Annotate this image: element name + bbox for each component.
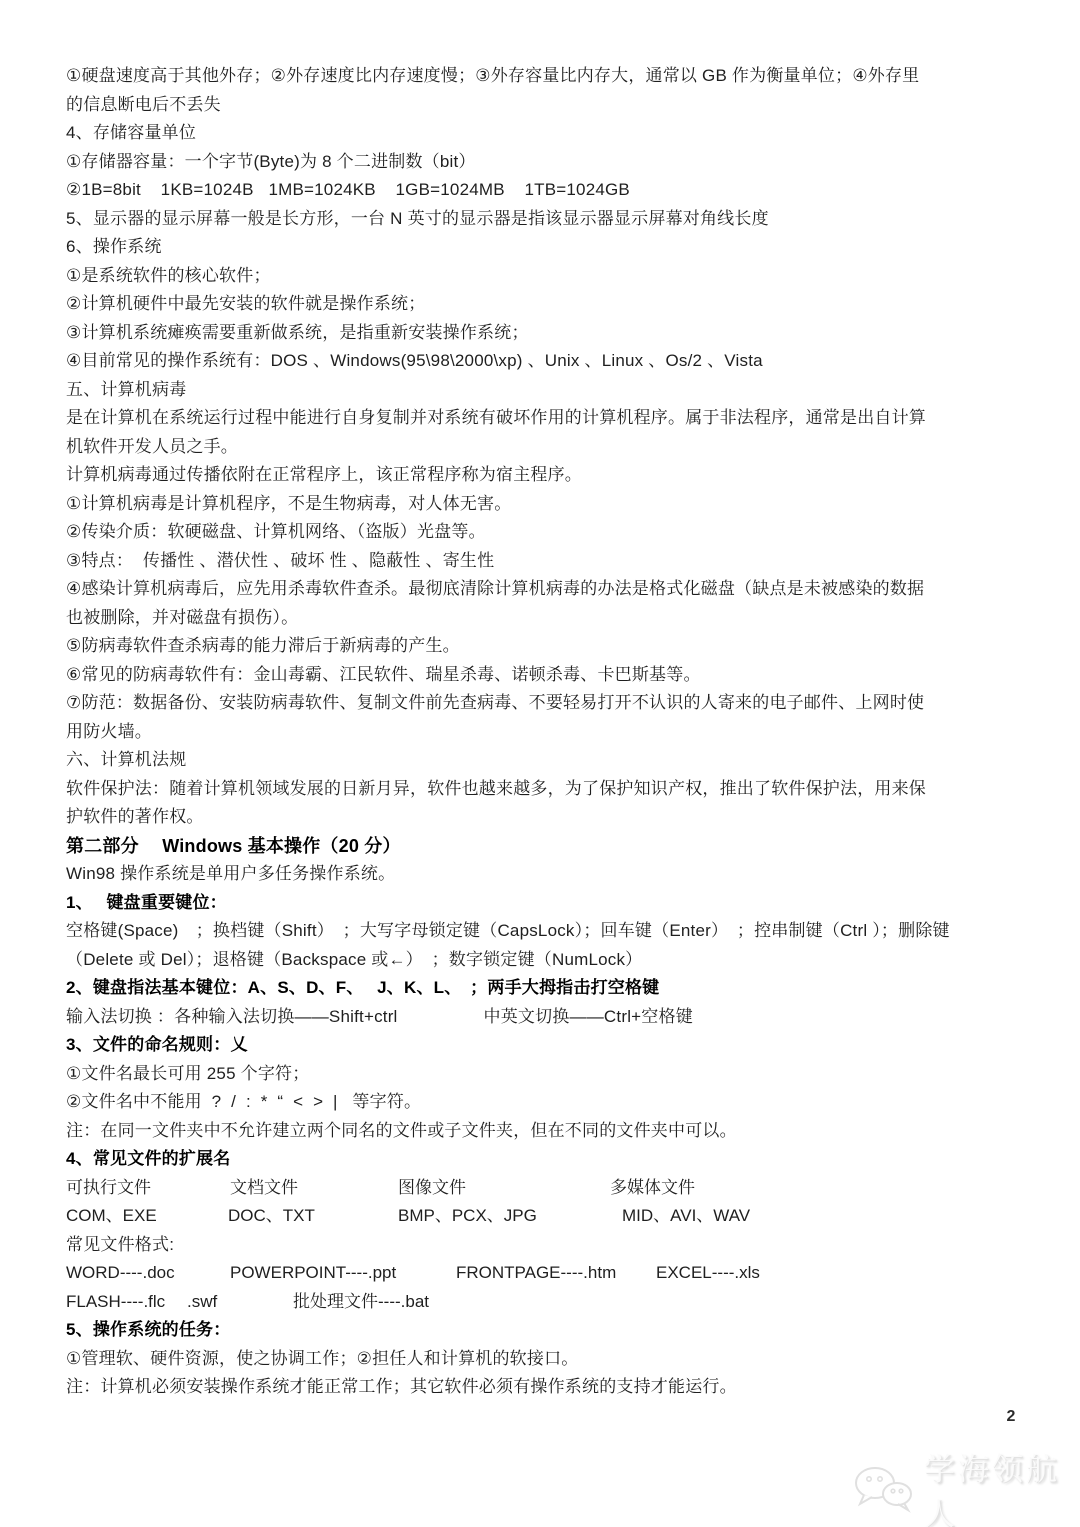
text-line: 注：在同一文件夹中不允许建立两个同名的文件或子文件夹，但在不同的文件夹中可以。 <box>66 1117 1024 1146</box>
text-line: ①硬盘速度高于其他外存；②外存速度比内存速度慢；③外存容量比内存大，通常以 GB… <box>66 62 1024 91</box>
heading-part2-windows: 第二部分 Windows 基本操作（20 分） <box>66 832 1024 861</box>
text-line: Win98 操作系统是单用户多任务操作系统。 <box>66 860 1024 889</box>
text-line: 输入法切换 ：各种输入法切换——Shift+ctrl 中英文切换——Ctrl+空… <box>66 1003 1024 1032</box>
heading-os-tasks: 5、操作系统的任务： <box>66 1316 1024 1345</box>
text-line: ②计算机硬件中最先安装的软件就是操作系统； <box>66 290 1024 319</box>
text-line: ③计算机系统瘫痪需要重新做系统，是指重新安装操作系统； <box>66 319 1024 348</box>
format-cell: EXCEL----.xls <box>656 1259 760 1288</box>
text-line: 的信息断电后不丢失 <box>66 91 1024 120</box>
text-line: 5、显示器的显示屏幕一般是长方形，一台 N 英寸的显示器是指该显示器显示屏幕对角… <box>66 205 1024 234</box>
ext-value-cell: BMP、PCX、JPG <box>398 1202 622 1231</box>
ext-value-cell: MID、AVI、WAV <box>622 1202 750 1231</box>
format-cell: POWERPOINT----.ppt <box>230 1259 456 1288</box>
heading-file-extensions: 4、常见文件的扩展名 <box>66 1145 1024 1174</box>
text-line: ①文件名最长可用 255 个字符； <box>66 1060 1024 1089</box>
text-line: ③特点： 传播性 、潜伏性 、破坏 性 、隐蔽性 、寄生性 <box>66 547 1024 576</box>
text-line: ①存储器容量：一个字节(Byte)为 8 个二进制数（bit） <box>66 148 1024 177</box>
text-line: ⑤防病毒软件查杀病毒的能力滞后于新病毒的产生。 <box>66 632 1024 661</box>
ext-header-cell: 图像文件 <box>398 1174 610 1203</box>
text-line: ⑦防范：数据备份、安装防病毒软件、复制文件前先查病毒、不要轻易打开不认识的人寄来… <box>66 689 1024 718</box>
formats-row-1: WORD----.doc POWERPOINT----.ppt FRONTPAG… <box>66 1259 1024 1288</box>
ext-header-cell: 多媒体文件 <box>610 1174 695 1203</box>
page-number: 2 <box>996 1408 1026 1426</box>
wechat-icon <box>852 1463 916 1515</box>
text-line: ①是系统软件的核心软件； <box>66 262 1024 291</box>
text-line: （Delete 或 Del）；退格键（Backspace 或←） ；数字锁定键（… <box>66 946 1024 975</box>
format-cell: FLASH----.flc <box>66 1288 187 1317</box>
heading-keyboard-keys: 1、 键盘重要键位： <box>66 889 1024 918</box>
text-line: 也被删除，并对磁盘有损伤）。 <box>66 604 1024 633</box>
text-line: ②传染介质：软硬磁盘、计算机网络、（盗版）光盘等。 <box>66 518 1024 547</box>
text-line: 注：计算机必须安装操作系统才能正常工作；其它软件必须有操作系统的支持才能运行。 <box>66 1373 1024 1402</box>
text-line: ②1B=8bit 1KB=1024B 1MB=1024KB 1GB=1024MB… <box>66 176 1024 205</box>
formats-label: 常见文件格式: <box>66 1231 1024 1260</box>
heading-file-naming-rules: 3、文件的命名规则：乂 <box>66 1031 1024 1060</box>
ext-value-cell: DOC、TXT <box>228 1202 398 1231</box>
document-page: ①硬盘速度高于其他外存；②外存速度比内存速度慢；③外存容量比内存大，通常以 GB… <box>66 62 1024 1402</box>
text-line: ⑥常见的防病毒软件有：金山毒霸、江民软件、瑞星杀毒、诺顿杀毒、卡巴斯基等。 <box>66 661 1024 690</box>
ext-table-value-row: COM、EXE DOC、TXT BMP、PCX、JPG MID、AVI、WAV <box>66 1202 1024 1231</box>
text-line: 机软件开发人员之手。 <box>66 433 1024 462</box>
text-line: ②文件名中不能用 ? / : * “ < > | 等字符。 <box>66 1088 1024 1117</box>
format-cell: .swf <box>187 1288 293 1317</box>
text-line: ①计算机病毒是计算机程序，不是生物病毒，对人体无害。 <box>66 490 1024 519</box>
text-line: 用防火墙。 <box>66 718 1024 747</box>
formats-row-2: FLASH----.flc .swf 批处理文件----.bat <box>66 1288 1024 1317</box>
format-cell: 批处理文件----.bat <box>293 1288 429 1317</box>
text-line: 计算机病毒通过传播依附在正常程序上，该正常程序称为宿主程序。 <box>66 461 1024 490</box>
watermark-text: 学海领航人 <box>924 1444 1080 1527</box>
heading-operating-system: 6、操作系统 <box>66 233 1024 262</box>
text-line: 是在计算机在系统运行过程中能进行自身复制并对系统有破坏作用的计算机程序。属于非法… <box>66 404 1024 433</box>
text-line: 空格键(Space) ；换档键（Shift） ；大写字母锁定键（CapsLock… <box>66 917 1024 946</box>
format-cell: WORD----.doc <box>66 1259 230 1288</box>
heading-storage-units: 4、存储容量单位 <box>66 119 1024 148</box>
heading-computer-law: 六、计算机法规 <box>66 746 1024 775</box>
heading-typing-home-keys: 2、键盘指法基本键位：A、S、D、F、 J、K、L、 ；两手大拇指击打空格键 <box>66 974 1024 1003</box>
ext-value-cell: COM、EXE <box>66 1202 228 1231</box>
ext-header-cell: 可执行文件 <box>66 1174 230 1203</box>
text-line: ④感染计算机病毒后，应先用杀毒软件查杀。最彻底清除计算机病毒的办法是格式化磁盘（… <box>66 575 1024 604</box>
ext-header-cell: 文档文件 <box>230 1174 398 1203</box>
text-line: 护软件的著作权。 <box>66 803 1024 832</box>
text-line: ④目前常见的操作系统有：DOS 、Windows(95\98\2000\xp) … <box>66 347 1024 376</box>
heading-computer-virus: 五、计算机病毒 <box>66 376 1024 405</box>
text-line: 软件保护法：随着计算机领域发展的日新月异，软件也越来越多，为了保护知识产权，推出… <box>66 775 1024 804</box>
format-cell: FRONTPAGE----.htm <box>456 1259 656 1288</box>
ext-table-header-row: 可执行文件 文档文件 图像文件 多媒体文件 <box>66 1174 1024 1203</box>
watermark: 学海领航人 <box>852 1444 1080 1527</box>
text-line: ①管理软、硬件资源，使之协调工作；②担任人和计算机的软接口。 <box>66 1345 1024 1374</box>
